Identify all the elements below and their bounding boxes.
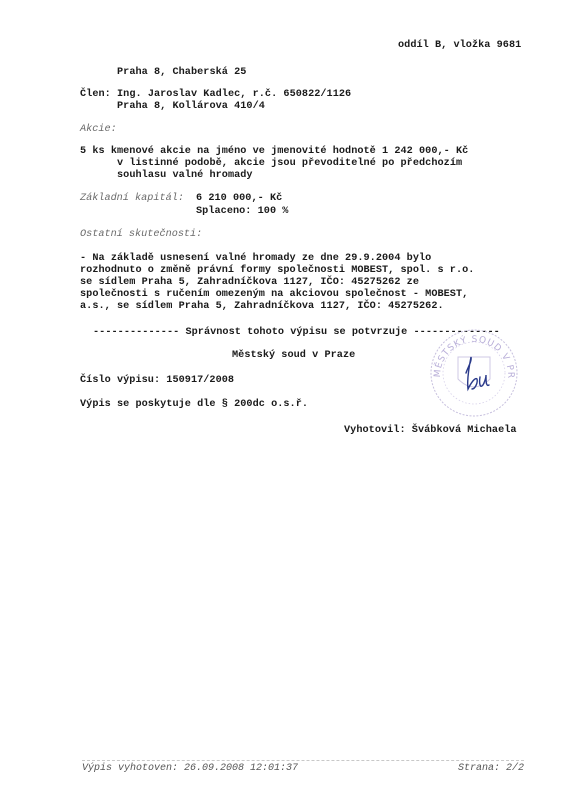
court-stamp-icon: MĚSTSKÝ SOUD V PRAZE	[428, 327, 520, 419]
footer-page-number: Strana: 2/2	[458, 763, 524, 775]
other-facts-line: - Na základě usnesení valné hromady ze d…	[80, 253, 431, 265]
member-name: Ing. Jaroslav Kadlec, r.č. 650822/1126	[117, 89, 351, 101]
other-facts-line: rozhodnuto o změně právní formy společno…	[80, 265, 474, 277]
document-page: oddíl B, vložka 9681 Praha 8, Chaberská …	[0, 0, 565, 800]
capital-value: 6 210 000,- Kč	[196, 193, 282, 205]
member-label: Člen:	[80, 89, 111, 101]
shares-line: 5 ks kmenové akcie na jméno ve jmenovité…	[80, 146, 468, 158]
capital-paid: Splaceno: 100 %	[196, 206, 288, 218]
svg-text:MĚSTSKÝ SOUD V PRAZE: MĚSTSKÝ SOUD V PRAZE	[428, 327, 515, 379]
other-facts-line: a.s., se sídlem Praha 5, Zahradníčkova 1…	[80, 301, 444, 313]
other-facts-line: se sídlem Praha 5, Zahradníčkova 1127, I…	[80, 277, 419, 289]
shares-label: Akcie:	[80, 124, 117, 136]
other-facts-label: Ostatní skutečnosti:	[80, 229, 202, 241]
prepared-by: Vyhotovil: Švábková Michaela	[344, 425, 517, 437]
section-reference: oddíl B, vložka 9681	[398, 40, 521, 52]
legal-basis: Výpis se poskytuje dle § 200dc o.s.ř.	[80, 399, 308, 411]
footer-generated: Výpis vyhotoven: 26.09.2008 12:01:37	[82, 763, 298, 775]
shares-line: v listinné podobě, akcie jsou převoditel…	[117, 158, 462, 170]
other-facts-line: společnosti s ručením omezeným na akciov…	[80, 289, 468, 301]
footer-divider	[82, 760, 524, 761]
signature-icon	[466, 357, 489, 389]
company-address: Praha 8, Chaberská 25	[117, 67, 246, 79]
court-name: Městský soud v Praze	[232, 350, 355, 362]
extract-number: Číslo výpisu: 150917/2008	[80, 375, 234, 387]
shares-line: souhlasu valné hromady	[117, 170, 253, 182]
capital-label: Základní kapitál:	[80, 193, 184, 205]
member-address: Praha 8, Kollárova 410/4	[117, 101, 265, 113]
